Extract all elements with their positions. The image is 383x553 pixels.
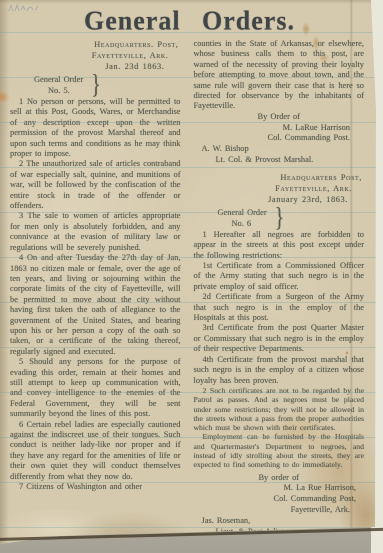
brace-glyph: } <box>275 211 285 225</box>
dateline-place: Fayetteville, Ark. <box>10 50 169 61</box>
order6-certificate-1: 1st Certificate from a Commissioned Offi… <box>194 261 365 292</box>
dateline-place: Fayetteville, Ark. <box>194 183 353 194</box>
brace-glyph: } <box>91 78 101 92</box>
dateline-date: Jan. 23d 1863. <box>10 61 165 72</box>
order6-fine-print: 2 Such certificates are not to be regard… <box>194 386 365 470</box>
order5-number: No. 5. <box>10 85 83 96</box>
order6-paragraph-1: 1 Hereafter all negroes are forbidden to… <box>194 230 365 261</box>
scanned-document: General Orders. Headquarters. Post, Faye… <box>0 0 383 553</box>
right-column: counties in the State of Arkansas, or el… <box>194 39 365 537</box>
order6-employment-note: Employment can be furnished by the Hospi… <box>194 432 365 469</box>
order6-signoff: By order of M. La Rue Harrison, Col. Com… <box>194 473 365 538</box>
document-body: Headquarters. Post, Fayetteville, Ark. J… <box>10 39 364 537</box>
order5-dateline: Headquarters. Post, Fayetteville, Ark. J… <box>10 39 181 72</box>
order6-number: No. 6 <box>194 218 267 229</box>
commander-name: M. LaRue Harrison <box>194 123 351 134</box>
commander-title: Col. Commanding Post. <box>194 133 351 144</box>
signoff-place: Fayetteville, Ark. <box>194 505 351 516</box>
dateline-date: January 23rd, 1863. <box>194 194 349 205</box>
order6-certificate-3: 3rd Certificate from the post Quarter Ma… <box>194 323 365 354</box>
order5-signoff: By Order of M. LaRue Harrison Col. Comma… <box>194 112 365 166</box>
adjutant-name: Jas. Roseman, <box>194 516 365 527</box>
order5-paragraph-6: 6 Certain rebel ladies are especially ca… <box>10 420 181 482</box>
document-title: General Orders. <box>0 5 379 36</box>
dateline-headquarters: Headquarters Post, <box>194 172 363 183</box>
order5-paragraph-7-continuation: counties in the State of Arkansas, or el… <box>194 39 365 112</box>
paper-sheet: General Orders. Headquarters. Post, Faye… <box>0 0 379 548</box>
order5-paragraph-4: 4 On and after Tuesday the 27th day of J… <box>10 253 181 357</box>
by-order-line: By Order of <box>194 112 365 123</box>
order6-paragraph-2: 2 Such certificates are not to be regard… <box>194 386 365 432</box>
provost-title: Lt. Col. & Provost Marshal. <box>194 155 365 166</box>
order6-label: General Order <box>194 207 267 218</box>
order5-label: General Order <box>10 74 83 85</box>
order5-paragraph-2: 2 The unauthorized sale of articles cont… <box>10 159 181 211</box>
order5-heading: General Order No. 5. } <box>10 74 181 96</box>
order5-paragraph-5: 5 Should any persons for the purpose of … <box>10 357 181 419</box>
commander-name: M. La Rue Harrison, <box>194 483 357 494</box>
dateline-headquarters: Headquarters. Post, <box>10 39 179 50</box>
order6-certificate-4: 4th Certificate from the provost marshal… <box>194 355 365 386</box>
order5-paragraph-1: 1 No person or persons, will be permitte… <box>10 97 181 159</box>
by-order-line: By order of <box>194 473 365 484</box>
order6-certificate-2: 2d Certificate from a Surgeon of the Arm… <box>194 292 365 323</box>
order6-heading: General Order No. 6 } <box>194 207 365 229</box>
order6-dateline: Headquarters Post, Fayetteville, Ark. Ja… <box>194 172 365 205</box>
left-column: Headquarters. Post, Fayetteville, Ark. J… <box>10 39 181 537</box>
commander-title: Col. Commanding Post, <box>194 494 357 505</box>
order5-paragraph-7: 7 Citizens of Washington and other <box>10 482 181 492</box>
provost-name: A. W. Bishop <box>194 144 365 155</box>
order5-paragraph-3: 3 The sale to women of articles appropri… <box>10 211 181 253</box>
